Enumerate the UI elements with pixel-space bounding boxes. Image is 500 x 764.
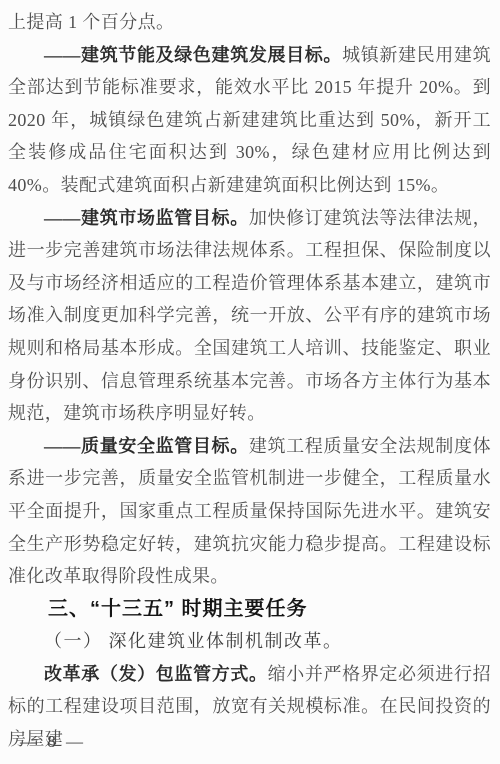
subsection-heading: （一） 深化建筑业体制机制改革。: [8, 625, 491, 658]
page-number: — 8 —: [20, 732, 86, 752]
section-heading-text: 三、“十三五” 时期主要任务: [48, 598, 308, 620]
paragraph-text: 建筑工程质量安全法规制度体系进一步完善，质量安全监管机制进一步健全，工程质量水平…: [8, 436, 491, 586]
paragraph-lead-bold: ——质量安全监管目标。: [44, 436, 249, 456]
section-heading: 三、“十三五” 时期主要任务: [8, 593, 491, 626]
paragraph-lead-bold: ——建筑节能及绿色建筑发展目标。: [44, 45, 342, 65]
paragraph-goal-quality-safety: ——质量安全监管目标。建筑工程质量安全法规制度体系进一步完善，质量安全监管机制进…: [8, 430, 491, 593]
subsection-heading-text: （一） 深化建筑业体制机制改革。: [44, 631, 343, 651]
document-page: 上提高 1 个百分点。 ——建筑节能及绿色建筑发展目标。城镇新建民用建筑全部达到…: [0, 0, 500, 764]
paragraph-lead-bold: ——建筑市场监管目标。: [44, 208, 249, 228]
paragraph-continuation: 上提高 1 个百分点。: [8, 6, 491, 39]
paragraph-lead-bold: 改革承（发）包监管方式。: [44, 664, 268, 684]
paragraph-text: 城镇新建民用建筑全部达到节能标准要求，能效水平比 2015 年提升 20%。到 …: [8, 45, 491, 195]
paragraph-text: 加快修订建筑法等法律法规，进一步完善建筑市场法律法规体系。工程担保、保险制度以及…: [8, 208, 491, 424]
paragraph-text: 上提高 1 个百分点。: [8, 12, 174, 32]
paragraph-goal-market-regulation: ——建筑市场监管目标。加快修订建筑法等法律法规，进一步完善建筑市场法律法规体系。…: [8, 202, 491, 430]
paragraph-goal-energy-green: ——建筑节能及绿色建筑发展目标。城镇新建民用建筑全部达到节能标准要求，能效水平比…: [8, 39, 491, 202]
